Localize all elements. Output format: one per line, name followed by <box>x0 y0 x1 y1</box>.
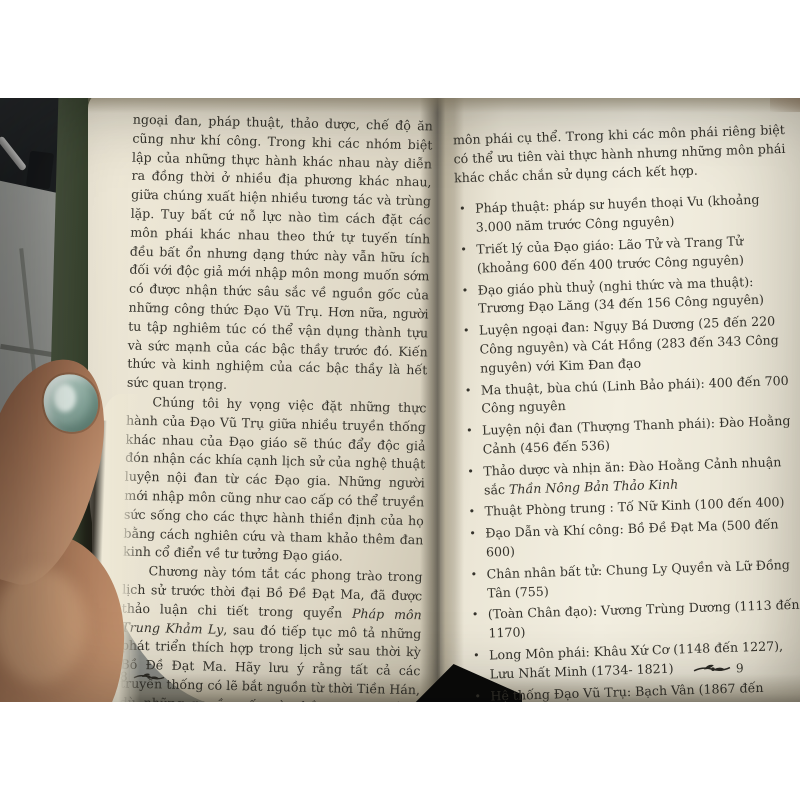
top-right-background-sliver <box>770 98 800 112</box>
screenshot-canvas: ngoại đan, pháp thuật, thảo dược, chế độ… <box>0 0 800 800</box>
bullet-text: Triết lý của Đạo giáo: Lão Tử và Trang T… <box>476 233 744 275</box>
list-item: Luyện ngoại đan: Ngụy Bá Dương (25 đến 2… <box>459 312 793 379</box>
right-intro-paragraph: môn phái cụ thể. Trong khi các môn phái … <box>453 121 787 188</box>
right-page-footer: 9 <box>692 661 744 677</box>
list-item: Long Môn phái: Khâu Xứ Cơ (1148 đến 1227… <box>469 637 800 685</box>
page-top-edge <box>88 98 800 113</box>
list-item: Thảo dược và nhịn ăn: Đào Hoằng Cảnh nhu… <box>463 453 796 501</box>
bullet-text: Chân nhân bất tử: Chung Ly Quyền và Lữ Đ… <box>486 557 790 600</box>
left-paragraph-continued: ngoại đan, pháp thuật, thảo dược, chế độ… <box>127 111 433 400</box>
bullet-text: Đạo Dẫn và Khí công: Bồ Đề Đạt Ma (500 đ… <box>485 516 779 559</box>
bullet-text: Ma thuật, bùa chú (Linh Bảo phái): 400 đ… <box>481 372 789 415</box>
left-paragraph-2: Chúng tôi hy vọng việc đặt những thực hà… <box>123 393 427 569</box>
book-photo: ngoại đan, pháp thuật, thảo dược, chế độ… <box>0 98 800 702</box>
bullet-italic-title: Thần Nông Bản Thảo Kinh <box>509 476 679 496</box>
list-item: Đạo giáo phù thuỷ (nghi thức và ma thuật… <box>457 271 790 319</box>
bullet-text: Luyện nội đan (Thượng Thanh phái): Đào H… <box>482 413 791 456</box>
bullet-text: Pháp thuật: pháp sư huyền thoại Vu (khoả… <box>475 192 760 235</box>
bullet-text: (Toàn Chân đạo): Vương Trùng Dương (1113… <box>488 597 800 641</box>
left-page-text: ngoại đan, pháp thuật, thảo dược, chế độ… <box>119 111 433 702</box>
bullet-text: Luyện ngoại đan: Ngụy Bá Dương (25 đến 2… <box>479 314 779 376</box>
list-item: (Toàn Chân đạo): Vương Trùng Dương (1113… <box>468 596 800 644</box>
list-item: Pháp thuật: pháp sư huyền thoại Vu (khoả… <box>455 190 788 238</box>
nail-highlight <box>54 384 76 412</box>
list-item: Ma thuật, bùa chú (Linh Bảo phái): 400 đ… <box>461 371 794 419</box>
list-item: Chân nhân bất tử: Chung Ly Quyền và Lữ Đ… <box>466 555 799 603</box>
bullet-text: Đạo giáo phù thuỷ (nghi thức và ma thuật… <box>477 274 764 316</box>
dragonfly-ornament-icon <box>692 662 732 677</box>
list-item: Triết lý của Đạo giáo: Lão Tử và Trang T… <box>456 231 789 279</box>
list-item: Đạo Dẫn và Khí công: Bồ Đề Đạt Ma (500 đ… <box>465 515 798 563</box>
lineage-bullet-list: Pháp thuật: pháp sư huyền thoại Vu (khoả… <box>455 190 800 702</box>
bullet-text: Hệ thống Đạo Vũ Trụ: Bạch Vân (1867 đến … <box>490 679 763 702</box>
page-number-right: 9 <box>736 661 744 675</box>
chair-leg-object-part <box>26 151 54 190</box>
right-page-text: môn phái cụ thể. Trong khi các môn phái … <box>453 121 800 702</box>
list-item: Luyện nội đan (Thượng Thanh phái): Đào H… <box>462 412 795 460</box>
